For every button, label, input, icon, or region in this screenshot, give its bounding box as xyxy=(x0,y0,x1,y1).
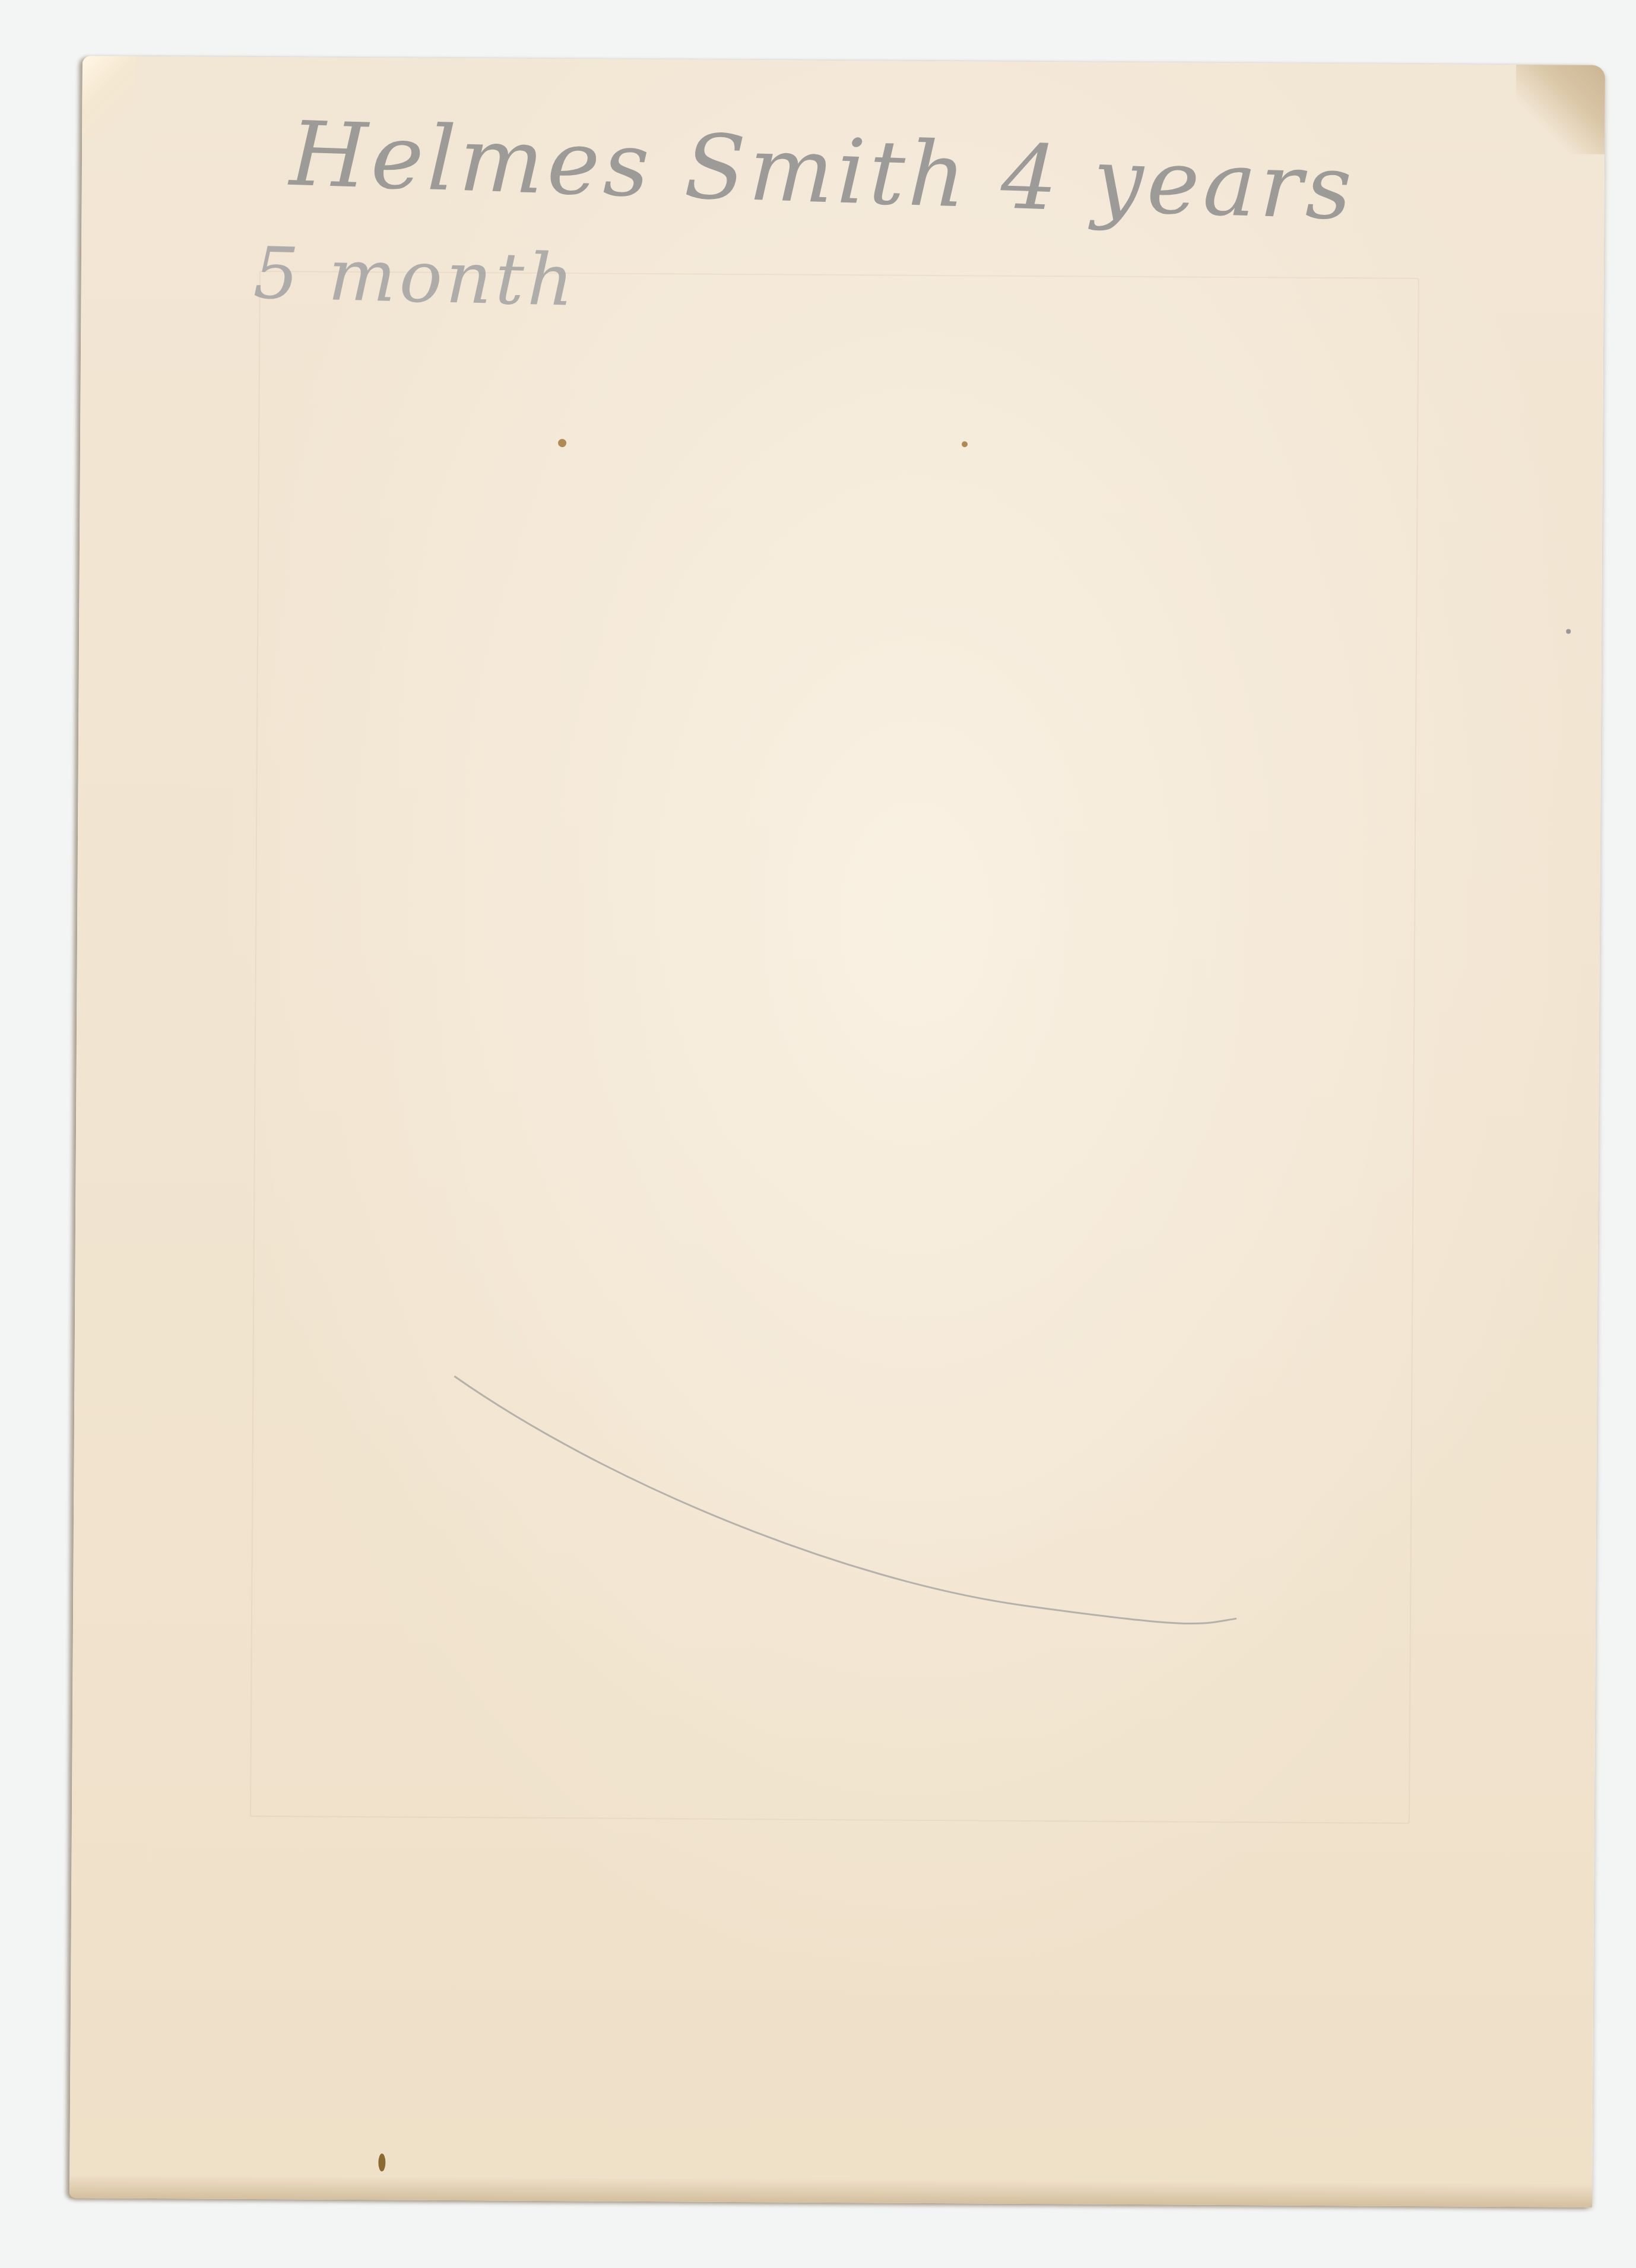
damaged-corner-top-right xyxy=(1515,65,1605,154)
inscription-line-1: Helmes Smith 4 years xyxy=(288,103,1357,240)
faint-mount-outline xyxy=(250,271,1419,1824)
inscription-line-2: 5 month xyxy=(252,232,578,322)
photo-card-back: Helmes Smith 4 years 5 month xyxy=(69,56,1605,2207)
foxing-spot xyxy=(962,441,968,447)
foxing-spot xyxy=(378,2153,385,2171)
soiled-bottom-edge xyxy=(69,2174,1592,2207)
foxing-spot xyxy=(1566,629,1571,633)
worn-corner-top-left xyxy=(82,56,136,140)
foxing-spot xyxy=(558,439,566,447)
